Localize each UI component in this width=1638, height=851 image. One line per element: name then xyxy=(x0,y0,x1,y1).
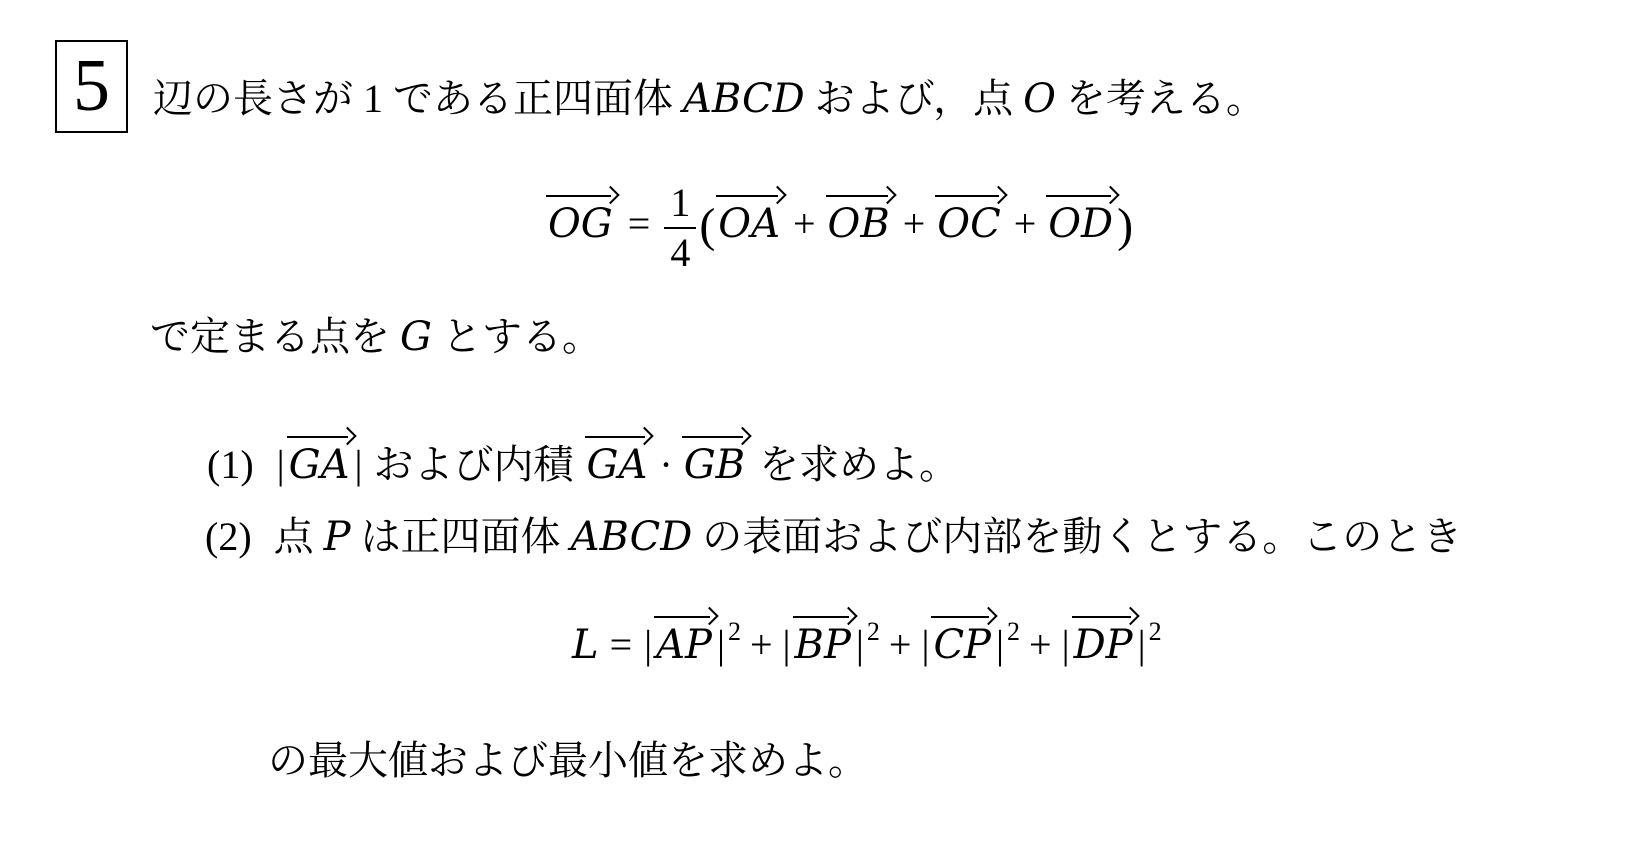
abs-bar: | xyxy=(855,622,865,667)
abs-bar: | xyxy=(643,622,653,667)
abs-bar: | xyxy=(276,442,286,487)
vector-og: OG xyxy=(545,189,617,244)
question-item-2: (2)点 P は正四面体 ABCD の表面および内部を動くとする。このとき xyxy=(205,513,1462,561)
problem-number: 5 xyxy=(73,44,110,129)
item-2-text-2: は正四面体 xyxy=(351,514,571,559)
defines-g-line: で定まる点を G とする。 xyxy=(150,313,602,361)
defines-g-text-1: で定まる点を xyxy=(150,314,400,359)
point-p: P xyxy=(324,514,351,560)
problem-number-box: 5 xyxy=(55,40,128,133)
abs-bar: | xyxy=(995,622,1005,667)
variable-l: L xyxy=(572,622,599,668)
superscript-2: 2 xyxy=(1007,617,1020,646)
abs-bar: | xyxy=(354,442,364,487)
defines-g-text-2: とする。 xyxy=(432,314,602,359)
vector-od: OD xyxy=(1045,189,1117,244)
point-g: G xyxy=(400,314,432,360)
superscript-2: 2 xyxy=(728,617,741,646)
abs-bar: | xyxy=(716,622,726,667)
closing-text: の最大値および最小値を求めよ。 xyxy=(268,738,868,783)
superscript-2: 2 xyxy=(1149,617,1162,646)
tetrahedron-name: ABCD xyxy=(683,76,805,122)
close-paren: ) xyxy=(1117,199,1133,252)
vector-bp: BP xyxy=(792,610,855,665)
abs-bar: | xyxy=(1137,622,1147,667)
vector-oc: OC xyxy=(934,189,1004,244)
vector-ga: GA xyxy=(286,430,354,485)
question-item-1: (1)|GA| および内積 GA·GB を求めよ。 xyxy=(207,430,959,489)
item-2-label: (2) xyxy=(205,514,252,559)
equals-sign: = xyxy=(628,201,651,246)
formula-og: OG=14(OA+OB+OC+OD) xyxy=(545,182,1133,274)
fraction-one-fourth: 14 xyxy=(664,182,696,274)
vector-ap: AP xyxy=(653,610,716,665)
dot-product-operator: · xyxy=(659,442,672,487)
vector-dp: DP xyxy=(1071,610,1137,665)
item-1-label: (1) xyxy=(207,442,254,487)
abs-bar: | xyxy=(1061,622,1071,667)
abs-bar: | xyxy=(782,622,792,667)
intro-text-3: を考える。 xyxy=(1056,76,1266,121)
fraction-numerator: 1 xyxy=(664,182,696,227)
point-o: O xyxy=(1023,76,1056,122)
vector-ob: OB xyxy=(825,189,894,244)
vector-cp: CP xyxy=(930,610,995,665)
superscript-2: 2 xyxy=(867,617,880,646)
item-2-text-1: 点 xyxy=(274,514,324,559)
intro-line: 辺の長さが 1 である正四面体 ABCD および，点 O を考える。 xyxy=(153,75,1266,123)
math-problem-page: 5 辺の長さが 1 である正四面体 ABCD および，点 O を考える。 OG=… xyxy=(0,0,1638,851)
plus-operator: + xyxy=(903,201,926,246)
open-paren: ( xyxy=(699,199,715,252)
intro-text-2: および，点 xyxy=(805,76,1023,121)
abs-bar: | xyxy=(920,622,930,667)
intro-text-1: 辺の長さが 1 である正四面体 xyxy=(153,76,683,121)
plus-operator: + xyxy=(1029,622,1052,667)
equals-sign: = xyxy=(610,622,633,667)
plus-operator: + xyxy=(793,201,816,246)
item-1-text-2: を求めよ。 xyxy=(749,442,959,487)
vector-gb: GB xyxy=(681,430,749,485)
tetrahedron-name: ABCD xyxy=(571,514,693,560)
plus-operator: + xyxy=(1014,201,1037,246)
plus-operator: + xyxy=(750,622,773,667)
formula-l: L=|AP|2+|BP|2+|CP|2+|DP|2 xyxy=(572,610,1162,674)
fraction-denominator: 4 xyxy=(664,229,696,274)
item-2-text-3: の表面および内部を動くとする。このとき xyxy=(692,514,1462,559)
vector-ga: GA xyxy=(584,430,652,485)
plus-operator: + xyxy=(889,622,912,667)
vector-oa: OA xyxy=(715,189,784,244)
closing-line: の最大値および最小値を求めよ。 xyxy=(268,737,868,785)
item-1-text-1: および内積 xyxy=(364,442,584,487)
